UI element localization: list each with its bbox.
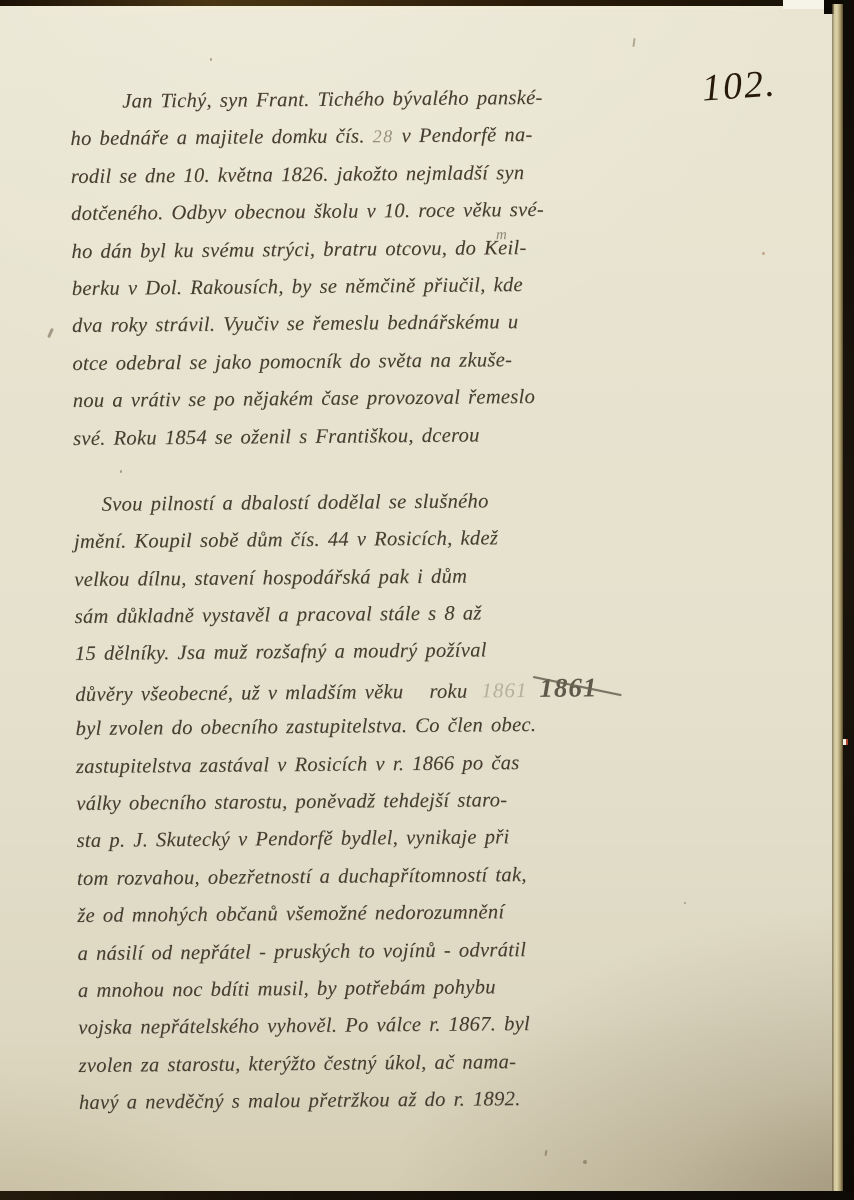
text-line: ho dán byl ku svému strýci, bratru otcov… xyxy=(71,228,671,271)
paper-speck xyxy=(632,38,635,47)
paragraph-1: Jan Tichý, syn Frant. Tichého bývalého p… xyxy=(70,79,673,458)
scan-bottom-border xyxy=(0,1191,854,1200)
text-line: byl zvolen do obecního zastupitelstva. C… xyxy=(75,706,675,749)
text-line: sám důkladně vystavěl a pracoval stále s… xyxy=(74,594,674,637)
manuscript-text: Jan Tichý, syn Frant. Tichého bývalého p… xyxy=(70,79,679,1123)
text-segment: důvěry všeobecné, už v mladším věku xyxy=(75,681,403,706)
text-segment: roku xyxy=(429,680,467,702)
paper-speck xyxy=(544,1150,547,1156)
paper-speck xyxy=(47,328,54,338)
paragraph-2: Svou pilností a dbalostí dodělal se sluš… xyxy=(74,482,680,1123)
pencil-year-faint: 1861 xyxy=(481,678,527,702)
text-segment: ho dán byl ku svému strýci, bratru otcov… xyxy=(71,237,484,263)
book-page-edge xyxy=(832,4,843,1200)
scan-corner-highlight xyxy=(783,0,825,9)
text-segment: ho bednáře a majitele domku čís. xyxy=(70,126,372,151)
text-line: zastupitelstva zastával v Rosicích v r. … xyxy=(76,743,676,786)
text-line: sta p. J. Skutecký v Pendorfě bydlel, vy… xyxy=(76,818,676,861)
text-line: dotčeného. Odbyv obecnou školu v 10. roc… xyxy=(71,191,671,234)
manuscript-scan-page: 102. Jan Tichý, syn Frant. Tichého býval… xyxy=(0,0,854,1200)
text-line: že od mnohých občanů všemožné nedorozumn… xyxy=(77,893,677,936)
text-segment: v Pendorfě na- xyxy=(394,124,533,147)
paper-speck xyxy=(120,470,122,473)
text-line: dva roky strávil. Vyučiv se řemeslu bedn… xyxy=(72,303,672,346)
red-fleck xyxy=(843,739,848,745)
text-line: velkou dílnu, stavení hospodářská pak i … xyxy=(74,556,674,599)
page-number: 102. xyxy=(701,61,778,110)
paper-speck xyxy=(420,722,422,724)
text-line: berku v Dol. Rakousích, by se němčině př… xyxy=(72,266,672,309)
scan-right-border xyxy=(843,0,854,1200)
text-line: ho bednáře a majitele domku čís. 28 v Pe… xyxy=(70,116,670,159)
corrected-word: mKeil- xyxy=(484,230,527,268)
text-line: jmění. Koupil sobě dům čís. 44 v Rosicíc… xyxy=(74,519,674,562)
paper-speck xyxy=(684,902,686,904)
text-line: důvěry všeobecné, už v mladším věkuroku1… xyxy=(75,669,675,712)
strikethrough-line xyxy=(531,667,623,704)
text-line: rodil se dne 10. května 1826. jakožto ne… xyxy=(71,154,671,197)
text-line: své. Roku 1854 se oženil s Františkou, d… xyxy=(73,415,673,458)
text-line: a násilí od nepřátel - pruských to vojín… xyxy=(77,930,677,973)
pencil-inserted-letter: m xyxy=(496,217,507,255)
scan-top-edge-highlight xyxy=(0,6,854,9)
text-line: nou a vrátiv se po nějakém čase provozov… xyxy=(73,378,673,421)
text-line: zvolen za starostu, kterýžto čestný úkol… xyxy=(78,1042,678,1085)
text-line: války obecního starostu, poněvadž tehdej… xyxy=(76,781,676,824)
text-line: Jan Tichý, syn Frant. Tichého bývalého p… xyxy=(70,79,670,122)
text-line: tom rozvahou, obezřetností a duchapřítom… xyxy=(77,856,677,899)
paper-speck xyxy=(210,58,212,61)
paper-speck xyxy=(583,1160,587,1164)
scanned-manuscript: { "page": { "number": "102.", "language"… xyxy=(0,0,854,1200)
text-line: a mnohou noc bdíti musil, by potřebám po… xyxy=(78,968,678,1011)
paper-speck xyxy=(762,252,765,255)
text-line: Svou pilností a dbalostí dodělal se sluš… xyxy=(74,482,674,525)
text-line: vojska nepřátelského vyhověl. Po válce r… xyxy=(78,1005,678,1048)
pencil-house-number: 28 xyxy=(373,127,394,147)
pencil-year-struck: 1861 xyxy=(539,669,597,707)
text-line: otce odebral se jako pomocník do světa n… xyxy=(72,340,672,383)
text-line: havý a nevděčný s malou přetržkou až do … xyxy=(79,1080,679,1123)
